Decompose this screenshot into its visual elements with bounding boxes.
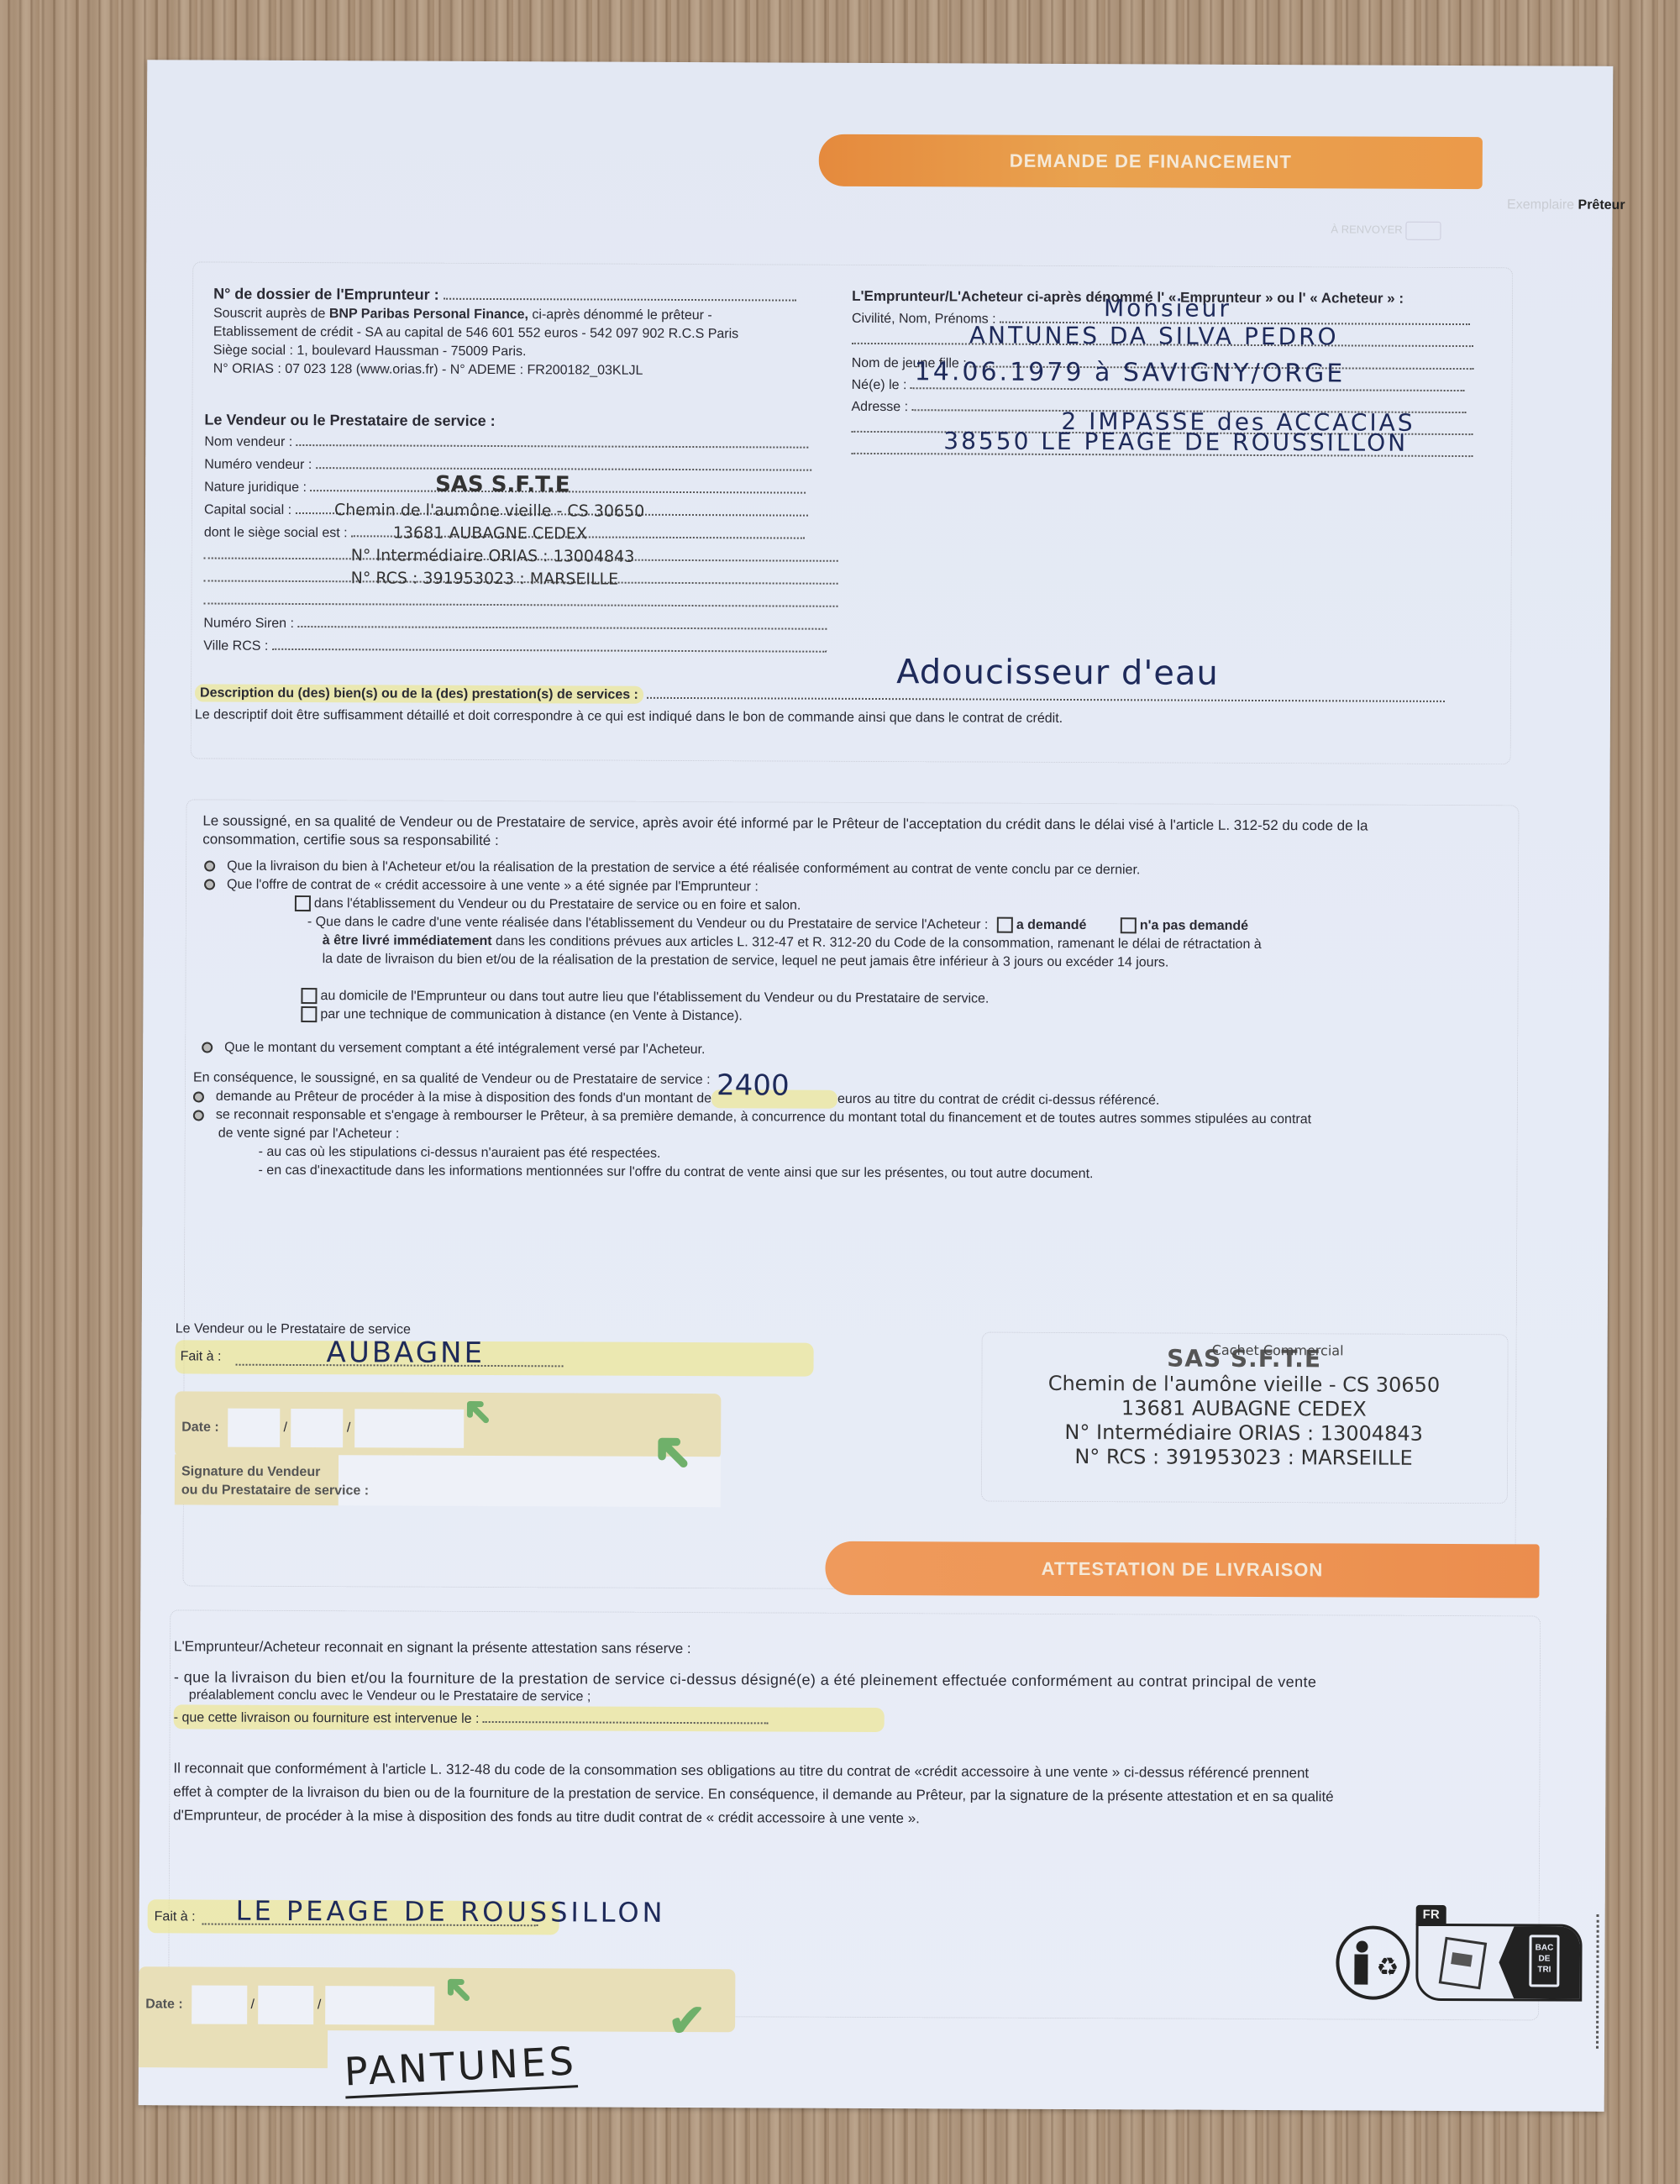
bullet-icon: [204, 861, 215, 872]
stamp-label: Cachet Commercial: [1016, 1341, 1541, 1360]
stamp-line4: N° Intermédiaire ORIAS : 13004843: [981, 1420, 1506, 1447]
seller-blank-row: [203, 590, 842, 615]
montant-value: 2400: [717, 1076, 790, 1095]
borrower-ne-row: Né(e) le : 14.06.1979 à SAVIGNY/ORGE: [852, 374, 1490, 398]
seller-siren-row: Numéro Siren :: [203, 612, 842, 638]
seller-siren-input[interactable]: [297, 612, 827, 630]
borrower-name-row: ANTUNES DA SILVA PEDRO: [852, 329, 1490, 354]
attestation-para-line1: Il reconnait que conformément à l'articl…: [173, 1759, 1551, 1783]
paper-icon-block: [1451, 1952, 1473, 1966]
banner-title: DEMANDE DE FINANCEMENT: [1010, 150, 1292, 173]
info-tri-logo: FR BAC DE TRI: [1415, 1905, 1583, 2000]
seller-signature-label-2: ou du Prestataire de service :: [181, 1481, 369, 1500]
bullet-icon: [204, 879, 215, 890]
attestation-date-day[interactable]: [192, 1985, 247, 2024]
checkbox-na-pas-demande[interactable]: [1121, 918, 1137, 934]
attestation-date-year[interactable]: [325, 1986, 434, 2025]
sub-line2-text: dans les conditions prévues aux articles…: [492, 934, 1262, 952]
seller-siren-label: Numéro Siren :: [203, 617, 294, 631]
stamp-line5: N° RCS : 391953023 : MARSEILLE: [981, 1445, 1506, 1472]
bullet-icon: [202, 1042, 213, 1053]
na-pas-demande-label: n'a pas demandé: [1140, 918, 1248, 933]
borrower-ne-label: Né(e) le :: [852, 378, 907, 392]
lender-line1: Souscrit auprès de BNP Paribas Personal …: [213, 305, 796, 326]
lender-line2: Etablissement de crédit - SA au capital …: [213, 323, 796, 344]
person-body: [1354, 1954, 1368, 1984]
exemplaire-prefix: Exemplaire: [1507, 197, 1574, 212]
seller-date-day[interactable]: [228, 1409, 280, 1447]
form-page: DEMANDE DE FINANCEMENT Exemplaire Prêteu…: [139, 60, 1614, 2112]
attestation-fait-value: LE PEAGE DE ROUSSILLON: [236, 1895, 666, 1929]
seller-capital-row: Capital social : Chemin de l'aumône viei…: [204, 499, 843, 524]
checkbox-a-demande[interactable]: [997, 917, 1013, 933]
borrower-civilite-value: Monsieur: [1104, 298, 1231, 319]
seller-ville-rcs-input[interactable]: [272, 635, 827, 653]
seller-nature-row: Nature juridique : SAS S.F.T.E: [204, 476, 843, 501]
bullet-icon: [193, 1091, 204, 1102]
seller-rcs-value: N° RCS : 391953023 : MARSEILLE: [351, 567, 619, 591]
attestation-item2: - que cette livraison ou fourniture est …: [174, 1704, 885, 1732]
bullet-icon: [193, 1110, 204, 1121]
attestation-item2-text: - que cette livraison ou fourniture est …: [174, 1710, 480, 1726]
borrower-name-value: ANTUNES DA SILVA PEDRO: [969, 324, 1339, 348]
fr-badge: FR: [1416, 1905, 1446, 1925]
attestation-date-label: Date :: [145, 1997, 183, 2011]
stamp-line2: Chemin de l'aumône vieille - CS 30650: [981, 1372, 1506, 1399]
seller-ville-rcs-label: Ville RCS :: [203, 639, 268, 654]
lender-line1-pre: Souscrit auprès de: [213, 307, 329, 322]
borrower-adresse-line2-value: 38550 LE PEAGE DE ROUSSILLON: [943, 431, 1408, 453]
opt-domicile-text: au domicile de l'Emprunteur ou dans tout…: [320, 989, 989, 1005]
seller-line-extra3[interactable]: [203, 590, 837, 607]
exemplaire-value: Prêteur: [1578, 198, 1625, 213]
seller-siege-row: dont le siège social est : 13681 AUBAGNE…: [204, 522, 843, 547]
certification-block: Le soussigné, en sa qualité de Vendeur o…: [202, 812, 1505, 1186]
borrower-adresse-label: Adresse :: [851, 400, 908, 414]
seller-nom-label: Nom vendeur :: [204, 435, 292, 449]
triman-recycle-icon: ♻: [1336, 1925, 1410, 1999]
sub-pre-text: - Que dans le cadre d'une vente réalisée…: [307, 915, 989, 932]
checkbox-domicile[interactable]: [301, 988, 317, 1004]
dossier-field: N° de dossier de l'Emprunteur :: [213, 283, 796, 307]
date-separator: /: [251, 1998, 255, 2012]
demande-post-text: euros au titre du contrat de crédit ci-d…: [837, 1092, 1159, 1108]
reconnait-line1: se reconnait responsable et s'engage à r…: [216, 1108, 1311, 1127]
seller-rcs-row: N° RCS : 391953023 : MARSEILLE: [204, 567, 843, 592]
seller-fait-label: Fait à :: [181, 1347, 222, 1366]
lender-name: BNP Paribas Personal Finance,: [329, 307, 528, 322]
info-tri-frame: BAC DE TRI: [1415, 1924, 1582, 2002]
opt-etablissement-text: dans l'établissement du Vendeur ou du Pr…: [314, 896, 801, 913]
checkbox-etablissement[interactable]: [295, 895, 311, 911]
borrower-adresse-line2-row: 38550 LE PEAGE DE ROUSSILLON: [851, 439, 1489, 464]
opt-distance-text: par une technique de communication à dis…: [320, 1007, 743, 1023]
lender-line3: Siège social : 1, boulevard Haussman - 7…: [213, 342, 796, 363]
seller-orias-value: N° Intermédiaire ORIAS : 13004843: [351, 544, 635, 568]
buyer-signature-area[interactable]: PANTUNES: [328, 2026, 722, 2103]
seller-ville-rcs-row: Ville RCS :: [203, 635, 842, 660]
date-separator: /: [347, 1420, 351, 1435]
stamp-line3: 13681 AUBAGNE CEDEX: [981, 1396, 1506, 1423]
seller-numero-input[interactable]: [316, 454, 811, 471]
seller-fait-field: Fait à : AUBAGNE: [175, 1340, 813, 1376]
seller-siege-value: 13681 AUBAGNE CEDEX: [393, 522, 587, 545]
attestation-fait-field: Fait à : LE PEAGE DE ROUSSILLON: [148, 1899, 559, 1935]
a-demande-label: a demandé: [1016, 918, 1087, 932]
seller-orias-row: N° Intermédiaire ORIAS : 13004843: [204, 544, 843, 570]
seller-date-month[interactable]: [291, 1409, 343, 1447]
lender-block: N° de dossier de l'Emprunteur : Souscrit…: [213, 283, 796, 381]
sub-line2-bold: à être livré immédiatement: [323, 933, 492, 948]
seller-nature-value: SAS S.F.T.E: [435, 474, 570, 497]
attestation-para-line2: effet à compter de la livraison du bien …: [173, 1782, 1551, 1807]
borrower-ne-value: 14.06.1979 à SAVIGNY/ORGE: [915, 362, 1346, 384]
attestation-date-row: Date : / /: [145, 1985, 434, 2024]
envelope-icon: [1405, 221, 1441, 239]
borrower-block: L'Emprunteur/L'Acheteur ci-après dénommé…: [851, 286, 1490, 464]
commercial-stamp: Cachet Commercial SAS S.F.T.E Chemin de …: [981, 1336, 1507, 1472]
recycle-arrows-icon: ♻: [1376, 1953, 1399, 1982]
cert-bullet1-text: Que la livraison du bien à l'Acheteur et…: [227, 859, 1140, 878]
description-row: Description du (des) bien(s) ou de la (d…: [195, 681, 1497, 708]
a-renvoyer: À RENVOYER: [1331, 220, 1441, 239]
banner-demande-de-financement: DEMANDE DE FINANCEMENT: [819, 134, 1483, 189]
montant-field[interactable]: 2400: [711, 1089, 837, 1109]
cert-bullet3-text: Que le montant du versement comptant a é…: [224, 1041, 705, 1057]
date-separator: /: [318, 1998, 322, 2012]
seller-nature-label: Nature juridique :: [204, 480, 307, 496]
demande-pre-text: demande au Prêteur de procéder à la mise…: [216, 1089, 711, 1106]
seller-nom-input[interactable]: [297, 431, 809, 449]
lender-line4: N° ORIAS : 07 023 128 (www.orias.fr) - N…: [213, 360, 796, 381]
date-separator: /: [284, 1420, 288, 1435]
attestation-banner-title: ATTESTATION DE LIVRAISON: [1042, 1558, 1324, 1581]
seller-date-year[interactable]: [354, 1409, 464, 1448]
cert-bullet2-text: Que l'offre de contrat de « crédit acces…: [227, 878, 759, 895]
attestation-fait-label: Fait à :: [155, 1908, 196, 1926]
seller-signature-label: Signature du Vendeur ou du Prestataire d…: [181, 1462, 369, 1500]
vertical-code: [1596, 1914, 1603, 2049]
description-value: Adoucisseur d'eau: [896, 663, 1219, 683]
dossier-input[interactable]: [444, 285, 796, 302]
person-head: [1357, 1941, 1368, 1953]
buyer-signature: PANTUNES: [344, 2038, 579, 2098]
attestation-date-tail: [139, 2025, 328, 2068]
exemplaire-label: Exemplaire Prêteur: [1340, 195, 1625, 214]
a-renvoyer-label: À RENVOYER: [1331, 223, 1402, 235]
seller-date-row: Date : / /: [181, 1408, 464, 1447]
seller-capital-label: Capital social :: [204, 503, 291, 517]
checkbox-distance[interactable]: [301, 1006, 317, 1022]
seller-fait-value: AUBAGNE: [327, 1336, 486, 1370]
paper-icon: [1439, 1937, 1488, 1990]
attestation-date-month[interactable]: [258, 1986, 313, 2024]
livraison-date-input[interactable]: [483, 1708, 769, 1724]
dossier-label: N° de dossier de l'Emprunteur :: [213, 286, 439, 303]
description-block: Description du (des) bien(s) ou de la (d…: [195, 681, 1497, 730]
seller-capital-value: Chemin de l'aumône vieille - CS 30650: [334, 499, 644, 523]
seller-signature-label-1: Signature du Vendeur: [181, 1462, 369, 1482]
bac-de-tri-bin-icon: BAC DE TRI: [1529, 1935, 1559, 1987]
seller-siege-label: dont le siège social est :: [204, 526, 348, 541]
seller-numero-label: Numéro vendeur :: [204, 458, 312, 473]
cert-bullet3: Que le montant du versement comptant a é…: [202, 1038, 1504, 1063]
seller-block: Le Vendeur ou le Prestataire de service …: [203, 409, 843, 660]
banner-attestation-de-livraison: ATTESTATION DE LIVRAISON: [825, 1541, 1539, 1599]
description-label: Description du (des) bien(s) ou de la (d…: [195, 684, 643, 703]
attestation-block: L'Emprunteur/Acheteur reconnait en signa…: [173, 1637, 1551, 1830]
lender-line1-post: ci-après dénommé le prêteur -: [528, 307, 712, 323]
seller-heading: Le Vendeur ou le Prestataire de service …: [204, 409, 843, 433]
seller-date-label: Date :: [181, 1420, 219, 1435]
seller-nom-row: Nom vendeur :: [204, 431, 843, 456]
